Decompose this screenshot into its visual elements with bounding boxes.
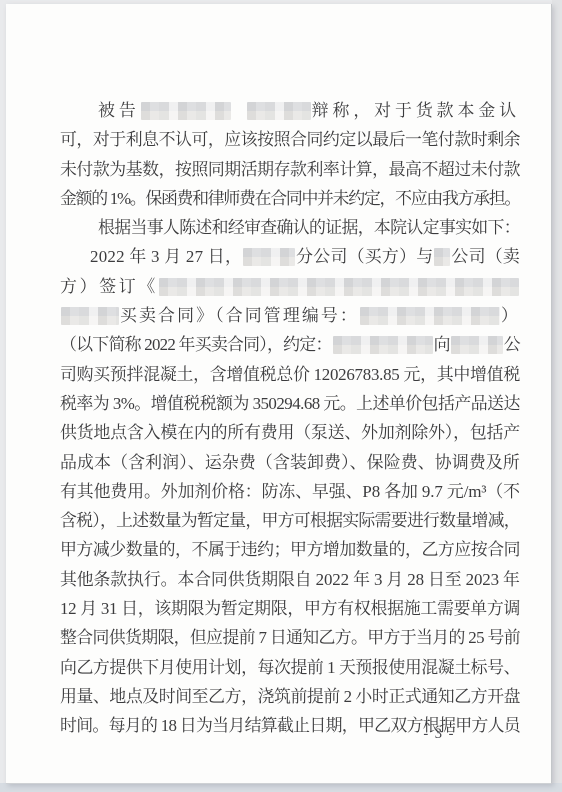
text-line: 税率为 3%。增值税税额为 350294.68 元。上述单价包括产品送达 xyxy=(60,389,522,418)
line-content: 12 月 31 日，该期限为暂定期限，甲方有权根据施工需要单方调 xyxy=(60,594,520,623)
redaction-block xyxy=(451,336,503,354)
text-line: 整合同供货期限，但应提前 7 日通知乙方。甲方于当月的 25 号前 xyxy=(60,623,522,652)
text-run: 公司（卖 xyxy=(451,247,520,266)
redaction-block xyxy=(159,278,519,296)
redaction-block xyxy=(61,307,119,325)
line-content: 含税），上述数量为暂定量，甲方可根据实际需要进行数量增减， xyxy=(60,506,520,535)
text-line: 12 月 31 日，该期限为暂定期限，甲方有权根据施工需要单方调 xyxy=(60,594,522,623)
line-content: 整合同供货期限，但应提前 7 日通知乙方。甲方于当月的 25 号前 xyxy=(60,623,520,652)
text-run: 方）签订《 xyxy=(60,277,158,296)
indent-spacer xyxy=(60,261,90,262)
line-content: 向乙方提供下月使用计划，每次提前 1 天预报使用混凝土标号、 xyxy=(60,653,520,682)
redaction-block xyxy=(247,102,311,120)
redaction-block xyxy=(434,248,450,266)
line-content: 被告辩称，对于货款本金认 xyxy=(60,96,520,125)
line-content: 可，对于利息不认可，应该按照合同约定以最后一笔付款时剩余 xyxy=(60,125,520,154)
text-run: 品成本（含利润）、运杂费（含装卸费）、保险费、协调费及所 xyxy=(60,453,520,472)
text-line: 甲方减少数量的，不属于违约；甲方增加数量的，乙方应按合同 xyxy=(60,535,522,564)
text-run: 有其他费用。外加剂价格：防冻、早强、P8 各加 9.7 元/m³（不 xyxy=(60,482,520,501)
indent-spacer xyxy=(232,115,246,116)
text-run: 12 月 31 日，该期限为暂定期限，甲方有权根据施工需要单方调 xyxy=(60,599,520,618)
scan-background: 被告辩称，对于货款本金认可，对于利息不认可，应该按照合同约定以最后一笔付款时剩余… xyxy=(0,0,562,792)
text-run: 供货地点含入模在内的所有费用（泵送、外加剂除外），包括产 xyxy=(60,423,520,442)
text-run: 金额的 1%。保函费和律师费在合同中并未约定，不应由我方承担。 xyxy=(60,189,520,208)
text-line: 其他条款执行。本合同供货期限自 2022 年 3 月 28 日至 2023 年 xyxy=(60,565,522,594)
line-content: 买卖合同》（合同管理编号：） xyxy=(60,301,520,330)
text-run: 根据当事人陈述和经审查确认的证据，本院认定事实如下： xyxy=(98,218,520,237)
text-line: 未付款为基数，按照同期活期存款利率计算，最高不超过未付款 xyxy=(60,155,522,184)
indent-spacer xyxy=(60,115,98,116)
text-run: 用量、地点及时间至乙方，浇筑前提前 2 小时正式通知乙方开盘 xyxy=(60,687,520,706)
page-number: - 3 - xyxy=(423,726,455,743)
text-run: 买卖合同》（合同管理编号： xyxy=(120,306,359,325)
text-run: 未付款为基数，按照同期活期存款利率计算，最高不超过未付款 xyxy=(60,160,520,179)
line-content: 品成本（含利润）、运杂费（含装卸费）、保险费、协调费及所 xyxy=(60,448,520,477)
text-line: 金额的 1%。保函费和律师费在合同中并未约定，不应由我方承担。 xyxy=(60,184,522,213)
text-run: 向乙方提供下月使用计划，每次提前 1 天预报使用混凝土标号、 xyxy=(60,658,520,677)
text-line: 2022 年 3 月 27 日，分公司（买方）与公司（卖 xyxy=(60,242,522,271)
line-content: 金额的 1%。保函费和律师费在合同中并未约定，不应由我方承担。 xyxy=(60,184,520,213)
scan-edge-right xyxy=(552,0,562,792)
text-run: 可，对于利息不认可，应该按照合同约定以最后一笔付款时剩余 xyxy=(60,130,520,149)
text-run: 司购买预拌混凝土，含增值税总价 12026783.85 元，其中增值税 xyxy=(60,365,520,384)
text-run: 分公司（买方）与 xyxy=(296,247,433,266)
indent-spacer xyxy=(60,232,98,233)
text-line: 根据当事人陈述和经审查确认的证据，本院认定事实如下： xyxy=(60,213,522,242)
text-line: 供货地点含入模在内的所有费用（泵送、外加剂除外），包括产 xyxy=(60,418,522,447)
text-line: 用量、地点及时间至乙方，浇筑前提前 2 小时正式通知乙方开盘 xyxy=(60,682,522,711)
text-run: 公 xyxy=(504,335,520,354)
line-content: 方）签订《 xyxy=(60,272,520,301)
line-content: 供货地点含入模在内的所有费用（泵送、外加剂除外），包括产 xyxy=(60,418,520,447)
redaction-block xyxy=(360,307,500,325)
line-content: 税率为 3%。增值税税额为 350294.68 元。上述单价包括产品送达 xyxy=(60,389,520,418)
text-line: 买卖合同》（合同管理编号：） xyxy=(60,301,522,330)
text-run: 税率为 3%。增值税税额为 350294.68 元。上述单价包括产品送达 xyxy=(60,394,520,413)
document-page: 被告辩称，对于货款本金认可，对于利息不认可，应该按照合同约定以最后一笔付款时剩余… xyxy=(6,4,552,784)
text-block: 被告辩称，对于货款本金认可，对于利息不认可，应该按照合同约定以最后一笔付款时剩余… xyxy=(60,96,522,741)
text-line: 可，对于利息不认可，应该按照合同约定以最后一笔付款时剩余 xyxy=(60,125,522,154)
redaction-block xyxy=(141,102,231,120)
text-run: 甲方减少数量的，不属于违约；甲方增加数量的，乙方应按合同 xyxy=(60,540,520,559)
text-run: 被告 xyxy=(98,101,140,120)
text-run: 2022 年 3 月 27 日， xyxy=(90,247,242,266)
line-content: 其他条款执行。本合同供货期限自 2022 年 3 月 28 日至 2023 年 xyxy=(60,565,520,594)
scan-edge-bottom xyxy=(0,783,562,792)
line-content: 未付款为基数，按照同期活期存款利率计算，最高不超过未付款 xyxy=(60,155,520,184)
line-content: 甲方减少数量的，不属于违约；甲方增加数量的，乙方应按合同 xyxy=(60,535,520,564)
text-line: 品成本（含利润）、运杂费（含装卸费）、保险费、协调费及所 xyxy=(60,448,522,477)
text-line: （以下简称 2022 年买卖合同），约定：向公 xyxy=(60,330,522,359)
line-content: 有其他费用。外加剂价格：防冻、早强、P8 各加 9.7 元/m³（不 xyxy=(60,477,520,506)
text-run: 整合同供货期限，但应提前 7 日通知乙方。甲方于当月的 25 号前 xyxy=(60,628,520,647)
line-content: 2022 年 3 月 27 日，分公司（买方）与公司（卖 xyxy=(60,242,520,271)
text-line: 向乙方提供下月使用计划，每次提前 1 天预报使用混凝土标号、 xyxy=(60,653,522,682)
redaction-block xyxy=(333,336,433,354)
text-line: 被告辩称，对于货款本金认 xyxy=(60,96,522,125)
line-content: （以下简称 2022 年买卖合同），约定：向公 xyxy=(60,330,520,359)
text-line: 方）签订《 xyxy=(60,272,522,301)
text-run: 辩称，对于货款本金认 xyxy=(312,101,520,120)
line-content: 根据当事人陈述和经审查确认的证据，本院认定事实如下： xyxy=(60,213,520,242)
line-content: 司购买预拌混凝土，含增值税总价 12026783.85 元，其中增值税 xyxy=(60,360,520,389)
text-run: 含税），上述数量为暂定量，甲方可根据实际需要进行数量增减， xyxy=(60,511,520,530)
text-run: ） xyxy=(501,306,520,325)
text-run: 向 xyxy=(434,335,450,354)
text-line: 司购买预拌混凝土，含增值税总价 12026783.85 元，其中增值税 xyxy=(60,360,522,389)
text-line: 有其他费用。外加剂价格：防冻、早强、P8 各加 9.7 元/m³（不 xyxy=(60,477,522,506)
line-content: 用量、地点及时间至乙方，浇筑前提前 2 小时正式通知乙方开盘 xyxy=(60,682,520,711)
redaction-block xyxy=(243,248,295,266)
text-run: （以下简称 2022 年买卖合同），约定： xyxy=(60,335,332,354)
text-line: 含税），上述数量为暂定量，甲方可根据实际需要进行数量增减， xyxy=(60,506,522,535)
text-run: 其他条款执行。本合同供货期限自 2022 年 3 月 28 日至 2023 年 xyxy=(60,570,520,589)
